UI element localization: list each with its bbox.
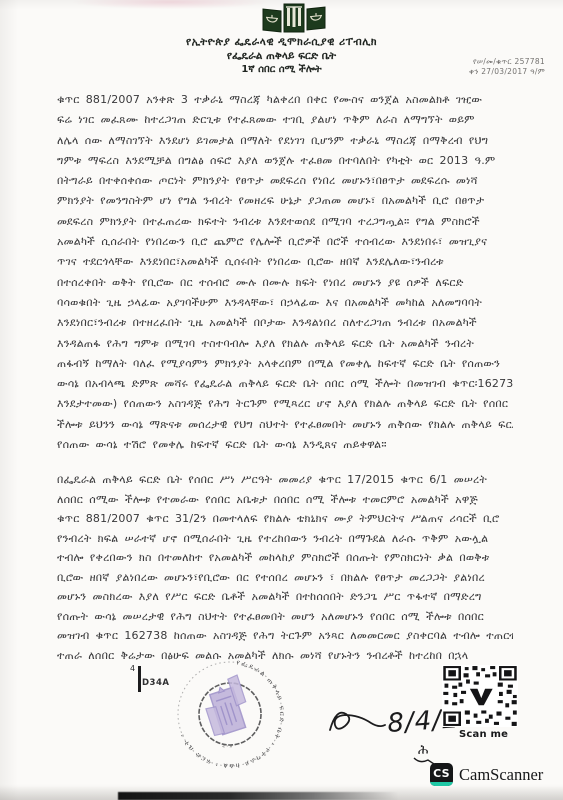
body-text-line: ቢሮው ዘበኛ ያልነበረው መሆኑን፣የቢሮው በር የተሰበረ መሆኑን ፣… — [57, 568, 513, 588]
margin-bar — [138, 666, 141, 692]
body-text-line: በትግራይ በተቀሰቀሰው ጦርነት ምክንያት የፀጥታ መደፍረስ የነበረ… — [57, 171, 513, 191]
body-text-line: መሆኑን መስክረው እያለ የሥር ፍርድ ቤቶች አመልካች በተከሰሰበት… — [57, 587, 513, 607]
body-text-line: ጠፋብኝ ከማለት ባለፈ የሚያሳምን ምክንያት አላቀረበም በሚል የመ… — [57, 354, 513, 374]
camscanner-watermark: CS CamScanner — [430, 763, 543, 786]
body-paragraph-1: ቁጥር 881/2007 አንቀጽ 3 ተቃራኒ ማስረጃ ካልቀረበ በቀር … — [57, 90, 513, 455]
body-text-line: ቁጥር 881/2007 ቁጥር 31/2ን በመተላለፍ የክልሉ ቴክኒክና… — [57, 509, 513, 529]
qr-caption: Scan me — [459, 729, 508, 740]
body-text-line: ቁጥር 881/2007 አንቀጽ 3 ተቃራኒ ማስረጃ ካልቀረበ በቀር … — [57, 90, 513, 110]
body-text-line: ለሌላ ሰው ለማስገኘት እንደሆነ ይገመታል በማለት የደነገገ ቢሆን… — [57, 131, 513, 151]
qr-code — [442, 665, 518, 727]
body-text-line: በተሰረቀበት ወቅት የቢሮው በር ተሰብሮ ሙሉ በሙሉ ክፍት የነበረ… — [57, 273, 513, 293]
camscanner-icon-label: CS — [433, 767, 450, 780]
court-stamp: የፌዴራል ጠቅላይ ፍርድ ቤት ፡ የትግራይ ክልል ፡ ፍርድ ቤት ፡… — [150, 652, 310, 777]
body-text-line: ባሳወቁበት ጊዜ ኃላፊው አያገባችሁም እንዳላቸው፣ በኃላፊው እና … — [57, 293, 513, 313]
body-text-line: መደፍረስ ምክንያት በተፈጠረው ክፍተት ንብረቱ እንደተወሰደ በሚገ… — [57, 212, 513, 232]
body-text-line: እንደታተመው) የሰጠውን አስገዳጅ የሕግ ትርጉም የሚጻረር ሆኖ እ… — [57, 394, 513, 414]
body-text-line: ግምቱ ማፍረስ እንደሚቻል በግልፅ ሰፍሮ እያለ ወንጀሉ ተፈፀመ በ… — [57, 151, 513, 171]
body-text-line: ውሳኔ በአብላጫ ድምጽ መሻሩ የፌዴራል ጠቅላይ ፍርድ ቤት ሰበር … — [57, 374, 513, 394]
handwritten-initial: ሕ — [417, 742, 429, 758]
body-text-line: ምክንያት የመንግስትም ሆነ የግል ንብረት የመዘረፍ ሁኔታ ያጋጠመ… — [57, 191, 513, 211]
camscanner-icon: CS — [430, 763, 453, 786]
org-name-line1: የኢትዮጵያ ፌዴራላዊ ዲሞክራሲያዊ ሪፐብሊክ — [0, 36, 563, 49]
case-number: የሠ/መ/ቁጥር 257781 — [469, 57, 545, 67]
margin-tick: 4 — [130, 664, 135, 673]
body-text-line: ለሰበር ሰሚው ችሎቱ የተመራው የሰበር አቤቱታ በሰበር ሰሚ ችሎቱ… — [57, 490, 513, 510]
case-meta: የሠ/መ/ቁጥር 257781 ቀን 27/03/2017 ዓ/ም — [469, 57, 545, 77]
camscanner-brand: CamScanner — [459, 765, 543, 785]
scanned-court-document: { "document": { "header": { "org_line1":… — [0, 0, 563, 800]
body-text-line: እንደነበር፣ንብረቱ በተዘረፈበት ጊዜ አመልካች በቦታው እንዳልነበ… — [57, 313, 513, 333]
scan-edge-shadow — [118, 792, 398, 800]
body-text-line: የሰጠው ውሳኔ ተሽሮ የመቀሌ ከፍተኛ ፍርድ ቤት ውሳኔ እንዲጸና … — [57, 435, 513, 455]
body-text-line: በፌዴራል ጠቅላይ ፍርድ ቤት የሰበር ሥነ ሥርዓት መመሪያ ቁጥር … — [57, 470, 513, 490]
body-text-line: የንብረት ክፍል ሠራተኛ ሆኖ በሚሰራበት ጊዜ የተረከበውን ንብረት… — [57, 529, 513, 549]
body-text-line: ጥገና ተደርጎላቸው እንደነበር፣አመልካች ሲሰሩበት የነበረው ቢሮው… — [57, 252, 513, 272]
body-text-line: ፍሬ ነገር መፈጸሙ ከተረጋገጠ ድርጊቱ የተፈጸመው ተገቢ ያልሆነ … — [57, 110, 513, 130]
body-text-line: አመልካች ሲሰራበት የነበረውን ቢሮ ጨምሮ የሌሎች ቢሮዎች በሮች … — [57, 232, 513, 252]
body-text-line: እንዳልጠፋ የሕግ ግምቱ በሚገባ ተስተባብሎ እያለ የክልሉ ጠቅላይ… — [57, 334, 513, 354]
signature-squiggle — [330, 713, 385, 730]
body-text-line: ተብሎ የቀረበውን ክስ በተመለከተ የአመልካች መከላከያ ምስክሮች … — [57, 548, 513, 568]
stamp-footer-mark: « ፡ » — [222, 744, 232, 750]
document-date: ቀን 27/03/2017 ዓ/ም — [469, 67, 545, 77]
body-paragraph-2: በፌዴራል ጠቅላይ ፍርድ ቤት የሰበር ሥነ ሥርዓት መመሪያ ቁጥር … — [57, 470, 513, 665]
stamp-emblem-icon — [199, 675, 253, 737]
court-emblem-icon — [261, 3, 327, 36]
body-text-line: ችሎቱ ይህንን ውሳኔ ማጽናቱ መሰረታዊ የህግ ስህተት የተፈፀመበት… — [57, 415, 513, 435]
body-text-line: መዝገብ ቁጥር 162738 ከሰጠው አስገዳጅ የሕግ ትርጉም አንጻር… — [57, 626, 513, 646]
body-text-line: የሰጡት ውሳኔ መሠረታዊ የሕግ ስህተት የተፈፀመበት መሆን አለመሆ… — [57, 607, 513, 627]
